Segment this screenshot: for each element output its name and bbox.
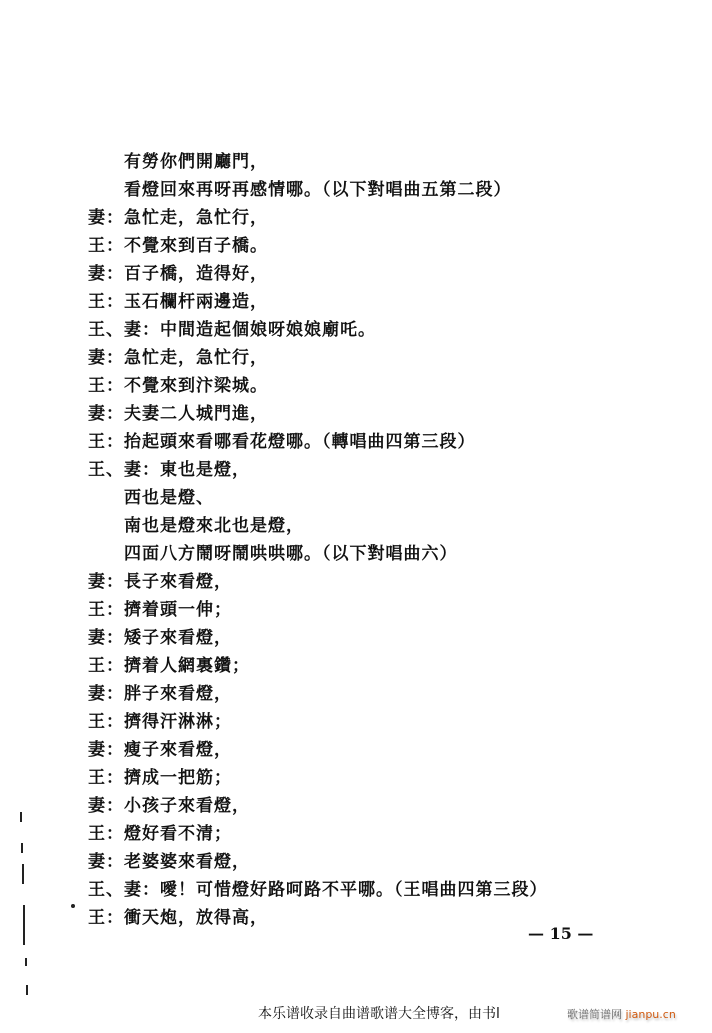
speaker-label: 王： — [88, 236, 124, 256]
script-line: 四面八方鬧呀鬧哄哄哪。（以下對唱曲六） — [124, 544, 458, 564]
watermark-logo[interactable]: 歌谱简谱网 jianpu.cn — [567, 1006, 676, 1022]
line-text: 抬起頭來看哪看花燈哪。（轉唱曲四第三段） — [124, 432, 476, 452]
script-line: 王：擠着頭一伸； — [88, 600, 232, 620]
margin-mark — [21, 843, 23, 853]
margin-mark — [25, 958, 27, 966]
script-line: 看燈回來再呀再感情哪。（以下對唱曲五第二段） — [124, 180, 512, 200]
speaker-label: 王： — [88, 824, 124, 844]
speaker-label: 王： — [88, 908, 124, 928]
speck — [71, 904, 75, 908]
margin-mark — [26, 985, 28, 995]
script-line: 王、妻：噯！可惜燈好路呵路不平哪。（王唱曲四第三段） — [88, 880, 548, 900]
line-text: 看燈回來再呀再感情哪。（以下對唱曲五第二段） — [124, 180, 512, 200]
script-line: 王：不覺來到汴梁城。 — [88, 376, 268, 396]
line-text: 不覺來到汴梁城。 — [124, 376, 268, 396]
line-text: 西也是燈、 — [124, 488, 214, 508]
line-text: 擠得汗淋淋； — [124, 712, 232, 732]
speaker-label: 王： — [88, 600, 124, 620]
line-text: 有勞你們開廳門， — [124, 152, 268, 172]
script-line: 妻：老婆婆來看燈， — [88, 852, 250, 872]
line-text: 不覺來到百子橋。 — [124, 236, 268, 256]
script-line: 王：燈好看不清； — [88, 824, 232, 844]
speaker-label: 王： — [88, 656, 124, 676]
script-line: 王：抬起頭來看哪看花燈哪。（轉唱曲四第三段） — [88, 432, 476, 452]
line-text: 燈好看不清； — [124, 824, 232, 844]
footer-note: 本乐谱收录自曲谱歌谱大全博客，由书l — [258, 1003, 500, 1023]
script-line: 王、妻：中間造起個娘呀娘娘廟吒。 — [88, 320, 376, 340]
speaker-label: 妻： — [88, 208, 124, 228]
speaker-label: 妻： — [88, 852, 124, 872]
script-line: 妻：矮子來看燈， — [88, 628, 232, 648]
speaker-label: 王： — [88, 768, 124, 788]
speaker-label: 妻： — [88, 628, 124, 648]
speaker-label: 妻： — [88, 264, 124, 284]
line-text: 瘦子來看燈， — [124, 740, 232, 760]
line-text: 中間造起個娘呀娘娘廟吒。 — [160, 320, 376, 340]
script-line: 妻：百子橋，造得好， — [88, 264, 268, 284]
page-number: — 15 — — [528, 924, 593, 943]
script-line: 妻：長子來看燈， — [88, 572, 232, 592]
script-line: 王：擠着人網裏鑽； — [88, 656, 250, 676]
line-text: 擠着頭一伸； — [124, 600, 232, 620]
speaker-label: 王： — [88, 432, 124, 452]
line-text: 噯！可惜燈好路呵路不平哪。（王唱曲四第三段） — [160, 880, 548, 900]
line-text: 小孩子來看燈， — [124, 796, 250, 816]
script-line: 有勞你們開廳門， — [124, 152, 268, 172]
line-text: 急忙走，急忙行， — [124, 208, 268, 228]
line-text: 百子橋，造得好， — [124, 264, 268, 284]
speaker-label: 王、妻： — [88, 460, 160, 480]
line-text: 四面八方鬧呀鬧哄哄哪。（以下對唱曲六） — [124, 544, 458, 564]
line-text: 胖子來看燈， — [124, 684, 232, 704]
script-line: 王：擠得汗淋淋； — [88, 712, 232, 732]
scanned-page: 有勞你們開廳門，看燈回來再呀再感情哪。（以下對唱曲五第二段）妻：急忙走，急忙行，… — [0, 0, 712, 1033]
line-text: 玉石欄杆兩邊造， — [124, 292, 268, 312]
line-text: 南也是燈來北也是燈， — [124, 516, 304, 536]
script-line: 西也是燈、 — [124, 488, 214, 508]
speaker-label: 妻： — [88, 348, 124, 368]
line-text: 東也是燈， — [160, 460, 250, 480]
speaker-label: 妻： — [88, 740, 124, 760]
script-line: 王：擠成一把筋； — [88, 768, 232, 788]
line-text: 長子來看燈， — [124, 572, 232, 592]
speaker-label: 王： — [88, 376, 124, 396]
line-text: 擠着人網裏鑽； — [124, 656, 250, 676]
script-line: 王：玉石欄杆兩邊造， — [88, 292, 268, 312]
speaker-label: 王、妻： — [88, 320, 160, 340]
script-line: 王：衝天炮，放得高， — [88, 908, 268, 928]
line-text: 老婆婆來看燈， — [124, 852, 250, 872]
speaker-label: 妻： — [88, 404, 124, 424]
line-text: 矮子來看燈， — [124, 628, 232, 648]
script-line: 妻：急忙走，急忙行， — [88, 208, 268, 228]
script-line: 南也是燈來北也是燈， — [124, 516, 304, 536]
line-text: 衝天炮，放得高， — [124, 908, 268, 928]
script-line: 王：不覺來到百子橋。 — [88, 236, 268, 256]
speaker-label: 王、妻： — [88, 880, 160, 900]
script-line: 妻：小孩子來看燈， — [88, 796, 250, 816]
line-text: 擠成一把筋； — [124, 768, 232, 788]
margin-mark — [20, 812, 22, 822]
speaker-label: 妻： — [88, 572, 124, 592]
script-line: 妻：瘦子來看燈， — [88, 740, 232, 760]
margin-mark — [22, 864, 24, 884]
line-text: 急忙走，急忙行， — [124, 348, 268, 368]
line-text: 夫妻二人城門進， — [124, 404, 268, 424]
speaker-label: 妻： — [88, 796, 124, 816]
speaker-label: 妻： — [88, 684, 124, 704]
script-line: 妻：急忙走，急忙行， — [88, 348, 268, 368]
speaker-label: 王： — [88, 292, 124, 312]
watermark-domain: jianpu.cn — [626, 1008, 676, 1021]
watermark-text: 歌谱简谱网 — [567, 1008, 626, 1021]
script-line: 王、妻：東也是燈， — [88, 460, 250, 480]
script-line: 妻：夫妻二人城門進， — [88, 404, 268, 424]
script-line: 妻：胖子來看燈， — [88, 684, 232, 704]
speaker-label: 王： — [88, 712, 124, 732]
margin-mark — [23, 905, 25, 945]
